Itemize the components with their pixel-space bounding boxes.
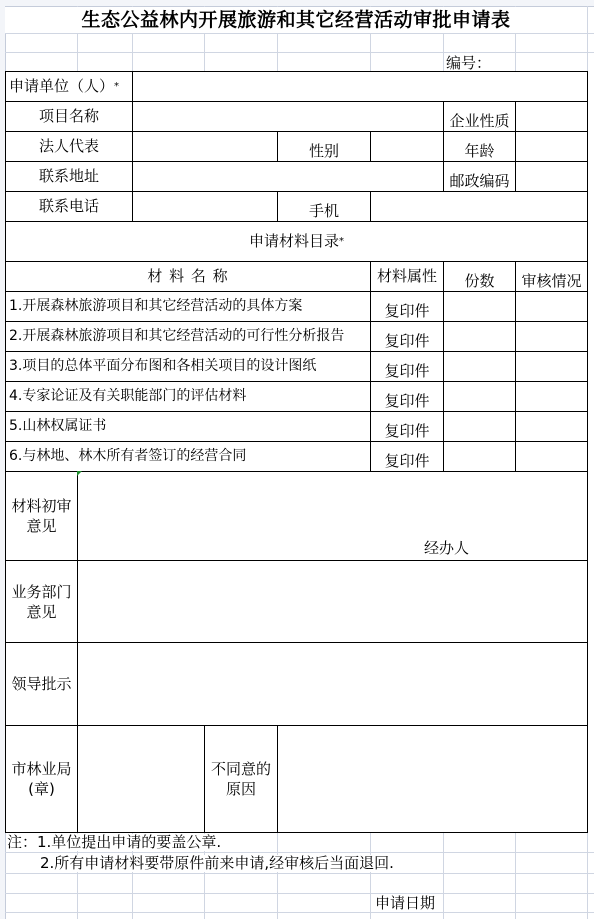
required-mark: * xyxy=(114,78,119,95)
gridline xyxy=(5,852,594,853)
applicant-unit-label-text: 申请单位（人） xyxy=(9,78,114,95)
cell-comment-indicator xyxy=(77,471,82,476)
materials-header-attribute: 材料属性 xyxy=(370,261,444,292)
material-name: 1.开展森林旅游项目和其它经营活动的具体方案 xyxy=(5,291,371,322)
form-title: 生态公益林内开展旅游和其它经营活动审批申请表 xyxy=(5,7,587,33)
reject-reason-label: 不同意的原因 xyxy=(204,725,278,833)
materials-header-name: 材 料 名 称 xyxy=(5,261,371,292)
material-attribute[interactable]: 复印件 xyxy=(370,411,444,442)
phone-field[interactable] xyxy=(132,191,278,222)
mobile-label: 手机 xyxy=(277,191,371,222)
gridline xyxy=(5,33,594,34)
mobile-field[interactable] xyxy=(370,191,588,222)
material-attribute[interactable]: 复印件 xyxy=(370,381,444,412)
column-header-h[interactable]: H xyxy=(546,0,554,3)
material-review[interactable] xyxy=(515,351,588,382)
enterprise-type-field[interactable] xyxy=(515,101,588,132)
handler-label: 经办人 xyxy=(424,540,469,557)
gridline xyxy=(5,873,594,874)
leader-approval-label: 领导批示 xyxy=(5,642,78,726)
material-attribute[interactable]: 复印件 xyxy=(370,441,444,472)
note-line-1: 注：1.单位提出申请的要盖公章. xyxy=(7,834,221,851)
material-attribute[interactable]: 复印件 xyxy=(370,351,444,382)
reject-reason-field[interactable] xyxy=(277,725,588,833)
material-copies[interactable] xyxy=(443,381,516,412)
initial-review-label: 材料初审意见 xyxy=(5,471,78,561)
apply-date-label: 申请日期 xyxy=(375,895,435,912)
column-header-b[interactable]: B xyxy=(100,0,107,3)
enterprise-type-label: 企业性质 xyxy=(443,101,516,132)
materials-section-title-text: 申请材料目录 xyxy=(249,233,339,250)
postal-code-field[interactable] xyxy=(515,161,588,192)
note-line-2: 2.所有申请材料要带原件前来申请,经审核后当面退回. xyxy=(40,855,394,872)
material-copies[interactable] xyxy=(443,321,516,352)
column-header-f[interactable]: F xyxy=(402,0,408,3)
materials-header-review: 审核情况 xyxy=(515,261,588,292)
initial-review-field[interactable]: 经办人 xyxy=(77,471,588,561)
material-review[interactable] xyxy=(515,411,588,442)
material-copies[interactable] xyxy=(443,291,516,322)
applicant-unit-field[interactable] xyxy=(132,71,588,102)
leader-approval-field[interactable] xyxy=(77,642,588,726)
material-copies[interactable] xyxy=(443,351,516,382)
material-attribute[interactable]: 复印件 xyxy=(370,291,444,322)
dept-opinion-label: 业务部门意见 xyxy=(5,560,78,643)
material-copies[interactable] xyxy=(443,441,516,472)
serial-number-label: 编号： xyxy=(446,55,491,72)
age-field[interactable] xyxy=(515,131,588,162)
phone-label: 联系电话 xyxy=(5,191,133,222)
material-name: 4.专家论证及有关职能部门的评估材料 xyxy=(5,381,371,412)
forestry-bureau-stamp-field[interactable] xyxy=(77,725,205,833)
material-name: 2.开展森林旅游项目和其它经营活动的可行性分析报告 xyxy=(5,321,371,352)
column-header-strip[interactable]: A B C D E F G H xyxy=(0,0,594,7)
material-review[interactable] xyxy=(515,321,588,352)
column-header-d[interactable]: D xyxy=(236,0,244,3)
gridline xyxy=(5,912,594,913)
column-header-g[interactable]: G xyxy=(475,0,483,3)
material-copies[interactable] xyxy=(443,411,516,442)
legal-rep-label: 法人代表 xyxy=(5,131,133,162)
gender-label: 性别 xyxy=(277,131,371,162)
applicant-unit-label: 申请单位（人）* xyxy=(5,71,133,102)
dept-opinion-field[interactable] xyxy=(77,560,588,643)
address-label: 联系地址 xyxy=(5,161,133,192)
material-name: 3.项目的总体平面分布图和各相关项目的设计图纸 xyxy=(5,351,371,382)
material-name: 5.山林权属证书 xyxy=(5,411,371,442)
material-attribute[interactable]: 复印件 xyxy=(370,321,444,352)
project-name-field[interactable] xyxy=(132,101,444,132)
gender-field[interactable] xyxy=(370,131,444,162)
required-mark: * xyxy=(339,233,344,250)
column-header-c[interactable]: C xyxy=(164,0,171,3)
gridline xyxy=(5,52,594,53)
material-review[interactable] xyxy=(515,381,588,412)
materials-section-title: 申请材料目录* xyxy=(5,221,588,262)
material-review[interactable] xyxy=(515,291,588,322)
address-field[interactable] xyxy=(132,161,444,192)
forestry-bureau-stamp-label: 市林业局(章) xyxy=(5,725,78,833)
age-label: 年龄 xyxy=(443,131,516,162)
materials-header-copies: 份数 xyxy=(443,261,516,292)
column-header-e[interactable]: E xyxy=(319,0,325,3)
gridline xyxy=(5,893,594,894)
legal-rep-field[interactable] xyxy=(132,131,278,162)
material-name: 6.与林地、林木所有者签订的经营合同 xyxy=(5,441,371,472)
column-header-a[interactable]: A xyxy=(35,0,42,3)
material-review[interactable] xyxy=(515,441,588,472)
project-name-label: 项目名称 xyxy=(5,101,133,132)
postal-code-label: 邮政编码 xyxy=(443,161,516,192)
